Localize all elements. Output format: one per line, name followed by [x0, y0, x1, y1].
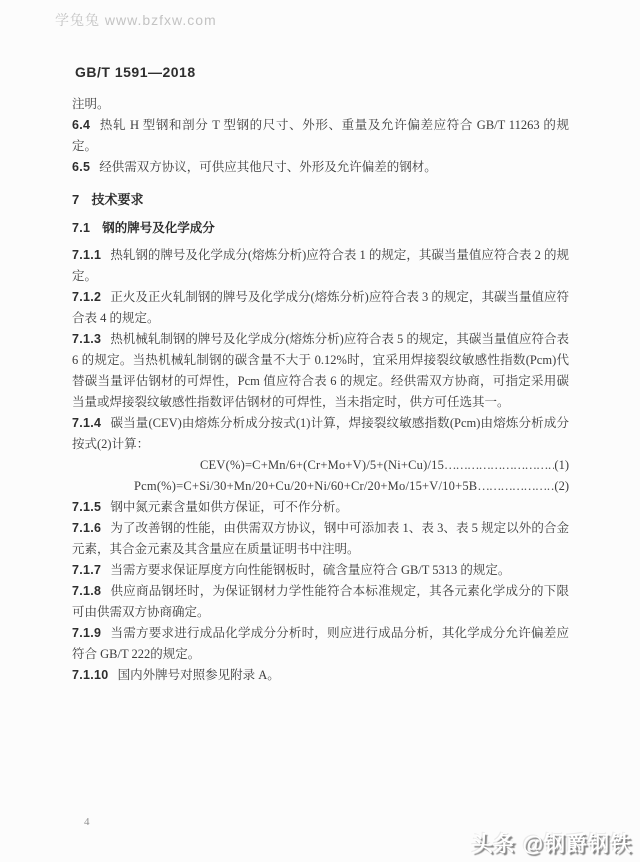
page-number: 4	[84, 816, 90, 828]
document-page: 学兔兔 www.bzfxw.com GB/T 1591—2018 注明。 6.4…	[0, 0, 640, 862]
section-title: 钢的牌号及化学成分	[102, 221, 215, 235]
clause-7-1-6: 7.1.6为了改善钢的性能，由供需双方协议，钢中可添加表 1、表 3、表 5 规…	[72, 518, 569, 560]
clause-number: 7.1.4	[72, 416, 101, 430]
clause-7-1-10: 7.1.10国内外牌号对照参见附录 A。	[72, 665, 569, 686]
clause-number: 7.1.7	[72, 563, 101, 577]
clause-number: 7.1.5	[72, 500, 101, 514]
clause-7-1-5: 7.1.5钢中氮元素含量如供方保证，可不作分析。	[72, 497, 569, 518]
clause-number: 7.1.9	[72, 626, 101, 640]
top-watermark: 学兔兔 www.bzfxw.com	[55, 10, 217, 30]
carryover-line: 注明。	[72, 94, 569, 115]
clause-7-1-9: 7.1.9当需方要求进行成品化学成分分析时，则应进行成品分析，其化学成分允许偏差…	[72, 623, 569, 665]
standard-code-header: GB/T 1591—2018	[75, 64, 196, 80]
clause-text: 钢中氮元素含量如供方保证，可不作分析。	[110, 500, 348, 514]
section-number: 7.1	[72, 221, 90, 235]
clause-text: 碳当量(CEV)由熔炼分析成分按式(1)计算，焊接裂纹敏感指数(Pcm)由熔炼分…	[72, 416, 569, 451]
clause-7-1-8: 7.1.8供应商品钢坯时，为保证钢材力学性能符合本标准规定，其各元素化学成分的下…	[72, 581, 569, 623]
clause-7-1-2: 7.1.2正火及正火轧制钢的牌号及化学成分(熔炼分析)应符合表 3 的规定，其碳…	[72, 287, 569, 329]
clause-text: 国内外牌号对照参见附录 A。	[118, 668, 280, 682]
formula-body: Pcm(%)=C+Si/30+Mn/20+Cu/20+Ni/60+Cr/20+M…	[134, 476, 477, 497]
clause-number: 6.5	[72, 160, 90, 174]
clause-number: 7.1.6	[72, 521, 101, 535]
clause-text: 当需方要求进行成品化学成分分析时，则应进行成品分析，其化学成分允许偏差应符合 G…	[72, 626, 569, 661]
formula-label: (1)	[554, 455, 569, 476]
clause-text: 为了改善钢的性能，由供需双方协议，钢中可添加表 1、表 3、表 5 规定以外的合…	[72, 521, 569, 556]
clause-7-1-7: 7.1.7当需方要求保证厚度方向性能钢板时，硫含量应符合 GB/T 5313 的…	[72, 560, 569, 581]
formula-pcm: Pcm(%)=C+Si/30+Mn/20+Cu/20+Ni/60+Cr/20+M…	[72, 476, 569, 497]
clause-text: 正火及正火轧制钢的牌号及化学成分(熔炼分析)应符合表 3 的规定，其碳当量值应符…	[72, 290, 569, 325]
clause-text: 热轧 H 型钢和剖分 T 型钢的尺寸、外形、重量及允许偏差应符合 GB/T 11…	[72, 118, 569, 153]
clause-number: 7.1.10	[72, 668, 109, 682]
clause-number: 6.4	[72, 118, 90, 132]
clause-number: 7.1.1	[72, 248, 101, 262]
clause-6-5: 6.5经供需双方协议，可供应其他尺寸、外形及允许偏差的钢材。	[72, 157, 569, 178]
clause-6-4: 6.4热轧 H 型钢和剖分 T 型钢的尺寸、外形、重量及允许偏差应符合 GB/T…	[72, 115, 569, 157]
formula-label: (2)	[554, 476, 569, 497]
section-title: 技术要求	[92, 192, 144, 207]
clause-number: 7.1.8	[72, 584, 101, 598]
bottom-watermark: 头条 @钢爵钢铁	[472, 828, 632, 858]
section-7-heading: 7技术要求	[72, 189, 569, 210]
dot-leader: ……………………………………………………………………………………	[477, 476, 554, 497]
formula-cev: CEV(%)=C+Mn/6+(Cr+Mo+V)/5+(Ni+Cu)/15 …………	[72, 455, 569, 476]
clause-text: 供应商品钢坯时，为保证钢材力学性能符合本标准规定，其各元素化学成分的下限可由供需…	[72, 584, 569, 619]
clause-text: 热轧钢的牌号及化学成分(熔炼分析)应符合表 1 的规定，其碳当量值应符合表 2 …	[72, 248, 569, 283]
dot-leader: ……………………………………………………………………………………	[444, 455, 554, 476]
clause-number: 7.1.2	[72, 290, 101, 304]
clause-number: 7.1.3	[72, 332, 101, 346]
clause-7-1-4: 7.1.4碳当量(CEV)由熔炼分析成分按式(1)计算，焊接裂纹敏感指数(Pcm…	[72, 413, 569, 455]
clause-text: 当需方要求保证厚度方向性能钢板时，硫含量应符合 GB/T 5313 的规定。	[110, 563, 510, 577]
clause-text: 热机械轧制钢的牌号及化学成分(熔炼分析)应符合表 5 的规定，其碳当量值应符合表…	[72, 332, 569, 409]
section-7-1-heading: 7.1钢的牌号及化学成分	[72, 218, 569, 239]
clause-7-1-3: 7.1.3热机械轧制钢的牌号及化学成分(熔炼分析)应符合表 5 的规定，其碳当量…	[72, 329, 569, 413]
clause-7-1-1: 7.1.1热轧钢的牌号及化学成分(熔炼分析)应符合表 1 的规定，其碳当量值应符…	[72, 245, 569, 287]
section-number: 7	[72, 192, 80, 207]
formula-body: CEV(%)=C+Mn/6+(Cr+Mo+V)/5+(Ni+Cu)/15	[200, 455, 444, 476]
clause-text: 经供需双方协议，可供应其他尺寸、外形及允许偏差的钢材。	[99, 160, 437, 174]
document-body: 注明。 6.4热轧 H 型钢和剖分 T 型钢的尺寸、外形、重量及允许偏差应符合 …	[72, 94, 569, 686]
